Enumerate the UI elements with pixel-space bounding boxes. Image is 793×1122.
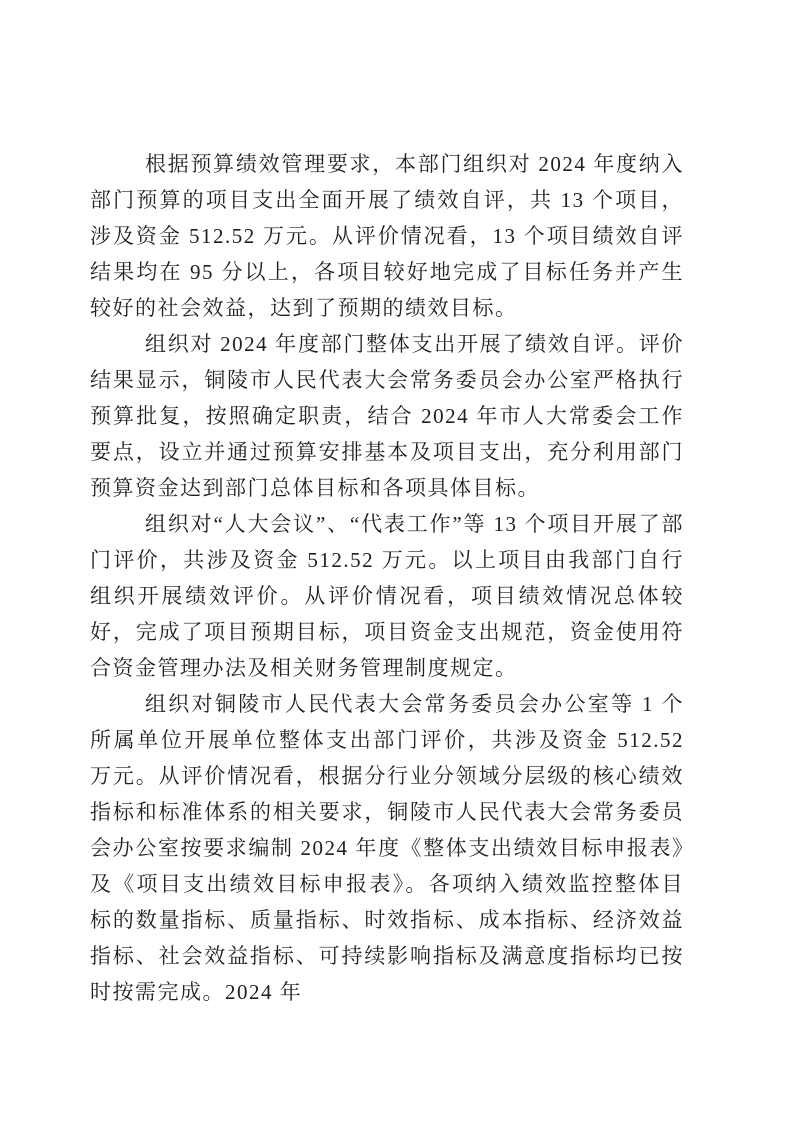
document-body: 根据预算绩效管理要求，本部门组织对 2024 年度纳入部门预算的项目支出全面开展… (90, 146, 684, 1010)
paragraph-subordinate-unit-evaluation: 组织对铜陵市人民代表大会常务委员会办公室等 1 个所属单位开展单位整体支出部门评… (90, 686, 684, 1010)
paragraph-overall-expenditure-self-evaluation: 组织对 2024 年度部门整体支出开展了绩效自评。评价结果显示，铜陵市人民代表大… (90, 326, 684, 506)
paragraph-project-self-evaluation: 根据预算绩效管理要求，本部门组织对 2024 年度纳入部门预算的项目支出全面开展… (90, 146, 684, 326)
paragraph-department-project-evaluation: 组织对“人大会议”、“代表工作”等 13 个项目开展了部门评价，共涉及资金 51… (90, 506, 684, 686)
document-page: 根据预算绩效管理要求，本部门组织对 2024 年度纳入部门预算的项目支出全面开展… (0, 0, 793, 1122)
